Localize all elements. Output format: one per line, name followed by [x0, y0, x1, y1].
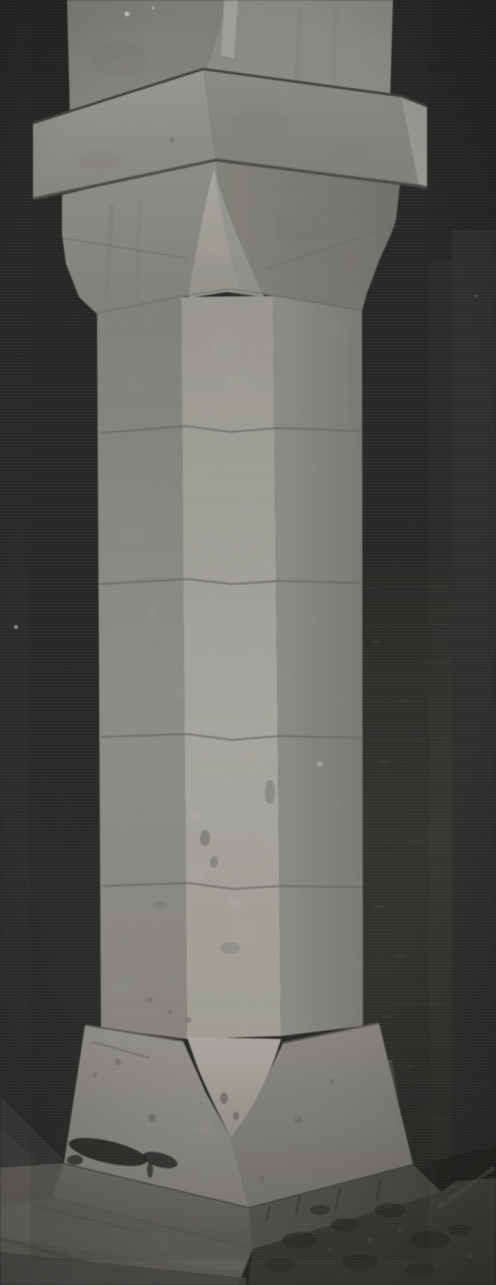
pier-photo-canvas	[0, 0, 496, 1285]
pier-photograph	[0, 0, 496, 1285]
film-grain-light	[0, 0, 496, 1285]
